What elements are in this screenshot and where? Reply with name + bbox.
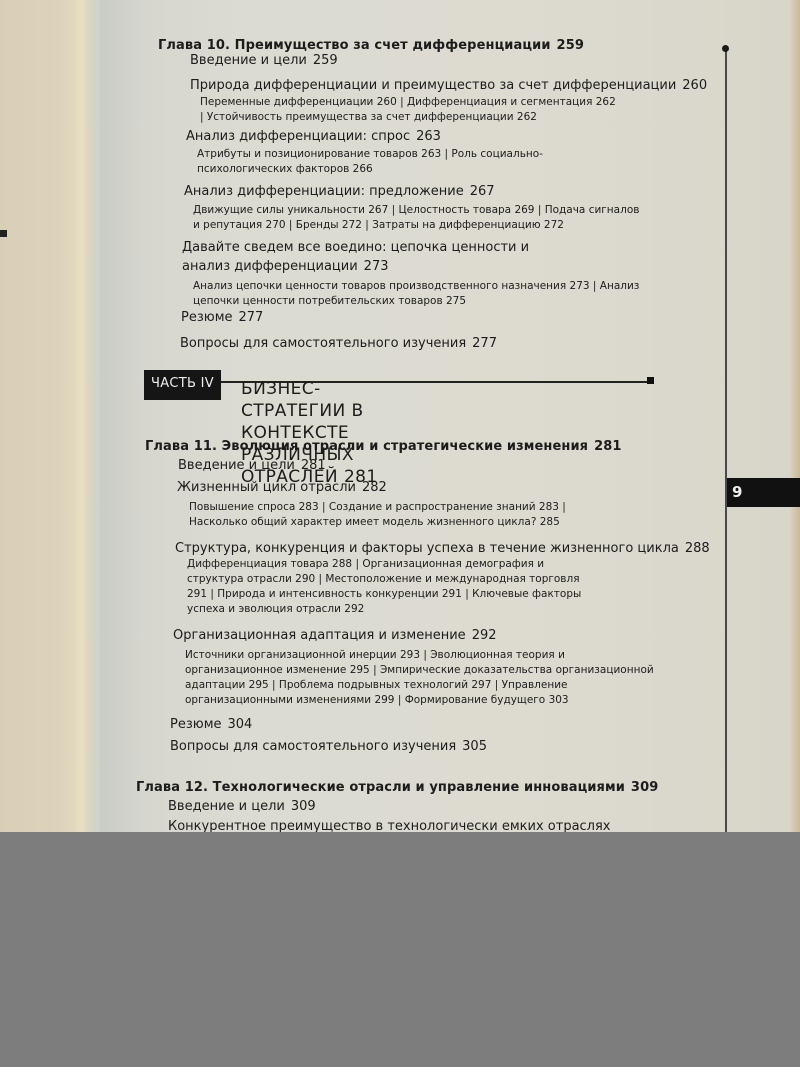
- part-rule-end: [647, 377, 654, 384]
- page-number: 282: [362, 480, 387, 495]
- margin-rule-dot: [722, 45, 729, 52]
- toc-entry: Резюме304: [170, 717, 252, 732]
- toc-entry: Природа дифференциации и преимущество за…: [190, 78, 707, 93]
- page-number: 277: [239, 310, 264, 325]
- part-label: ЧАСТЬ IV: [144, 370, 221, 400]
- entry-title: Введение и цели: [178, 458, 295, 473]
- toc-subentries: Атрибуты и позиционирование товаров 263 …: [197, 147, 637, 177]
- toc-entry: Анализ дифференциации: спрос263: [186, 129, 441, 144]
- chapter-12-heading: Глава 12. Технологические отрасли и упра…: [136, 780, 658, 795]
- page-number: 281: [594, 439, 621, 454]
- page-number: 305: [462, 739, 487, 754]
- chapter-11-heading: Глава 11. Эволюция отрасли и стратегичес…: [145, 439, 622, 454]
- toc-entry: Структура, конкуренция и факторы успеха …: [175, 541, 710, 556]
- chapter-title: Глава 10. Преимущество за счет дифференц…: [158, 38, 551, 53]
- page-number: 288: [685, 541, 710, 556]
- toc-subentries: Дифференциация товара 288 | Организацион…: [187, 557, 602, 617]
- toc-entry: Введение и цели259: [190, 53, 338, 68]
- toc-subentries: Переменные дифференциации 260 | Дифферен…: [200, 95, 620, 125]
- entry-title: Вопросы для самостоятельного изучения: [170, 739, 456, 754]
- page-number: 260: [682, 78, 707, 93]
- toc-entry: Введение и цели309: [168, 799, 316, 814]
- cropped-bottom-area: [0, 832, 800, 1067]
- entry-title: Резюме: [181, 310, 233, 325]
- entry-title: Организационная адаптация и изменение: [173, 628, 466, 643]
- toc-entry: Давайте сведем все воедино: цепочка ценн…: [182, 238, 562, 276]
- page-tab: 9: [727, 478, 800, 507]
- toc-subentries: Анализ цепочки ценности товаров производ…: [193, 279, 648, 309]
- entry-title: Введение и цели: [190, 53, 307, 68]
- chapter-title: Глава 12. Технологические отрасли и упра…: [136, 780, 625, 795]
- page-number: 263: [416, 129, 441, 144]
- chapter-10-heading: Глава 10. Преимущество за счет дифференц…: [158, 38, 584, 53]
- entry-title: Анализ дифференциации: спрос: [186, 129, 410, 144]
- toc-entry: Вопросы для самостоятельного изучения305: [170, 739, 487, 754]
- entry-title: Природа дифференциации и преимущество за…: [190, 78, 676, 93]
- entry-title: Анализ дифференциации: предложение: [184, 184, 464, 199]
- page-number: 277: [472, 336, 497, 351]
- toc-entry: Вопросы для самостоятельного изучения277: [180, 336, 497, 351]
- entry-title: Введение и цели: [168, 799, 285, 814]
- toc-subentries: Источники организационной инерции 293 | …: [185, 648, 655, 708]
- left-page-marker: [0, 230, 7, 237]
- toc-entry: Введение и цели281: [178, 458, 326, 473]
- toc-entry: Жизненный цикл отрасли282: [177, 480, 387, 495]
- left-page-edge: [0, 0, 100, 832]
- toc-subentries: Повышение спроса 283 | Создание и распро…: [189, 500, 619, 530]
- margin-rule: [725, 48, 727, 832]
- page-number: 292: [472, 628, 497, 643]
- page-number: 309: [291, 799, 316, 814]
- page-number: 259: [557, 38, 584, 53]
- toc-entry: Резюме277: [181, 310, 263, 325]
- chapter-title: Глава 11. Эволюция отрасли и стратегичес…: [145, 439, 588, 454]
- entry-title: Жизненный цикл отрасли: [177, 480, 356, 495]
- toc-entry: Анализ дифференциации: предложение267: [184, 184, 495, 199]
- page-number: 309: [631, 780, 658, 795]
- toc-subentries: Движущие силы уникальности 267 | Целостн…: [193, 203, 648, 233]
- entry-title: Давайте сведем все воедино: цепочка ценн…: [182, 240, 529, 274]
- entry-title: Вопросы для самостоятельного изучения: [180, 336, 466, 351]
- entry-title: Структура, конкуренция и факторы успеха …: [175, 541, 679, 556]
- toc-entry: Организационная адаптация и изменение292: [173, 628, 497, 643]
- page-edge: [790, 0, 800, 832]
- page-number: 267: [470, 184, 495, 199]
- page-number: 259: [313, 53, 338, 68]
- entry-title: Резюме: [170, 717, 222, 732]
- page-number: 273: [364, 259, 389, 274]
- page-number: 281: [301, 458, 326, 473]
- page-number: 304: [228, 717, 253, 732]
